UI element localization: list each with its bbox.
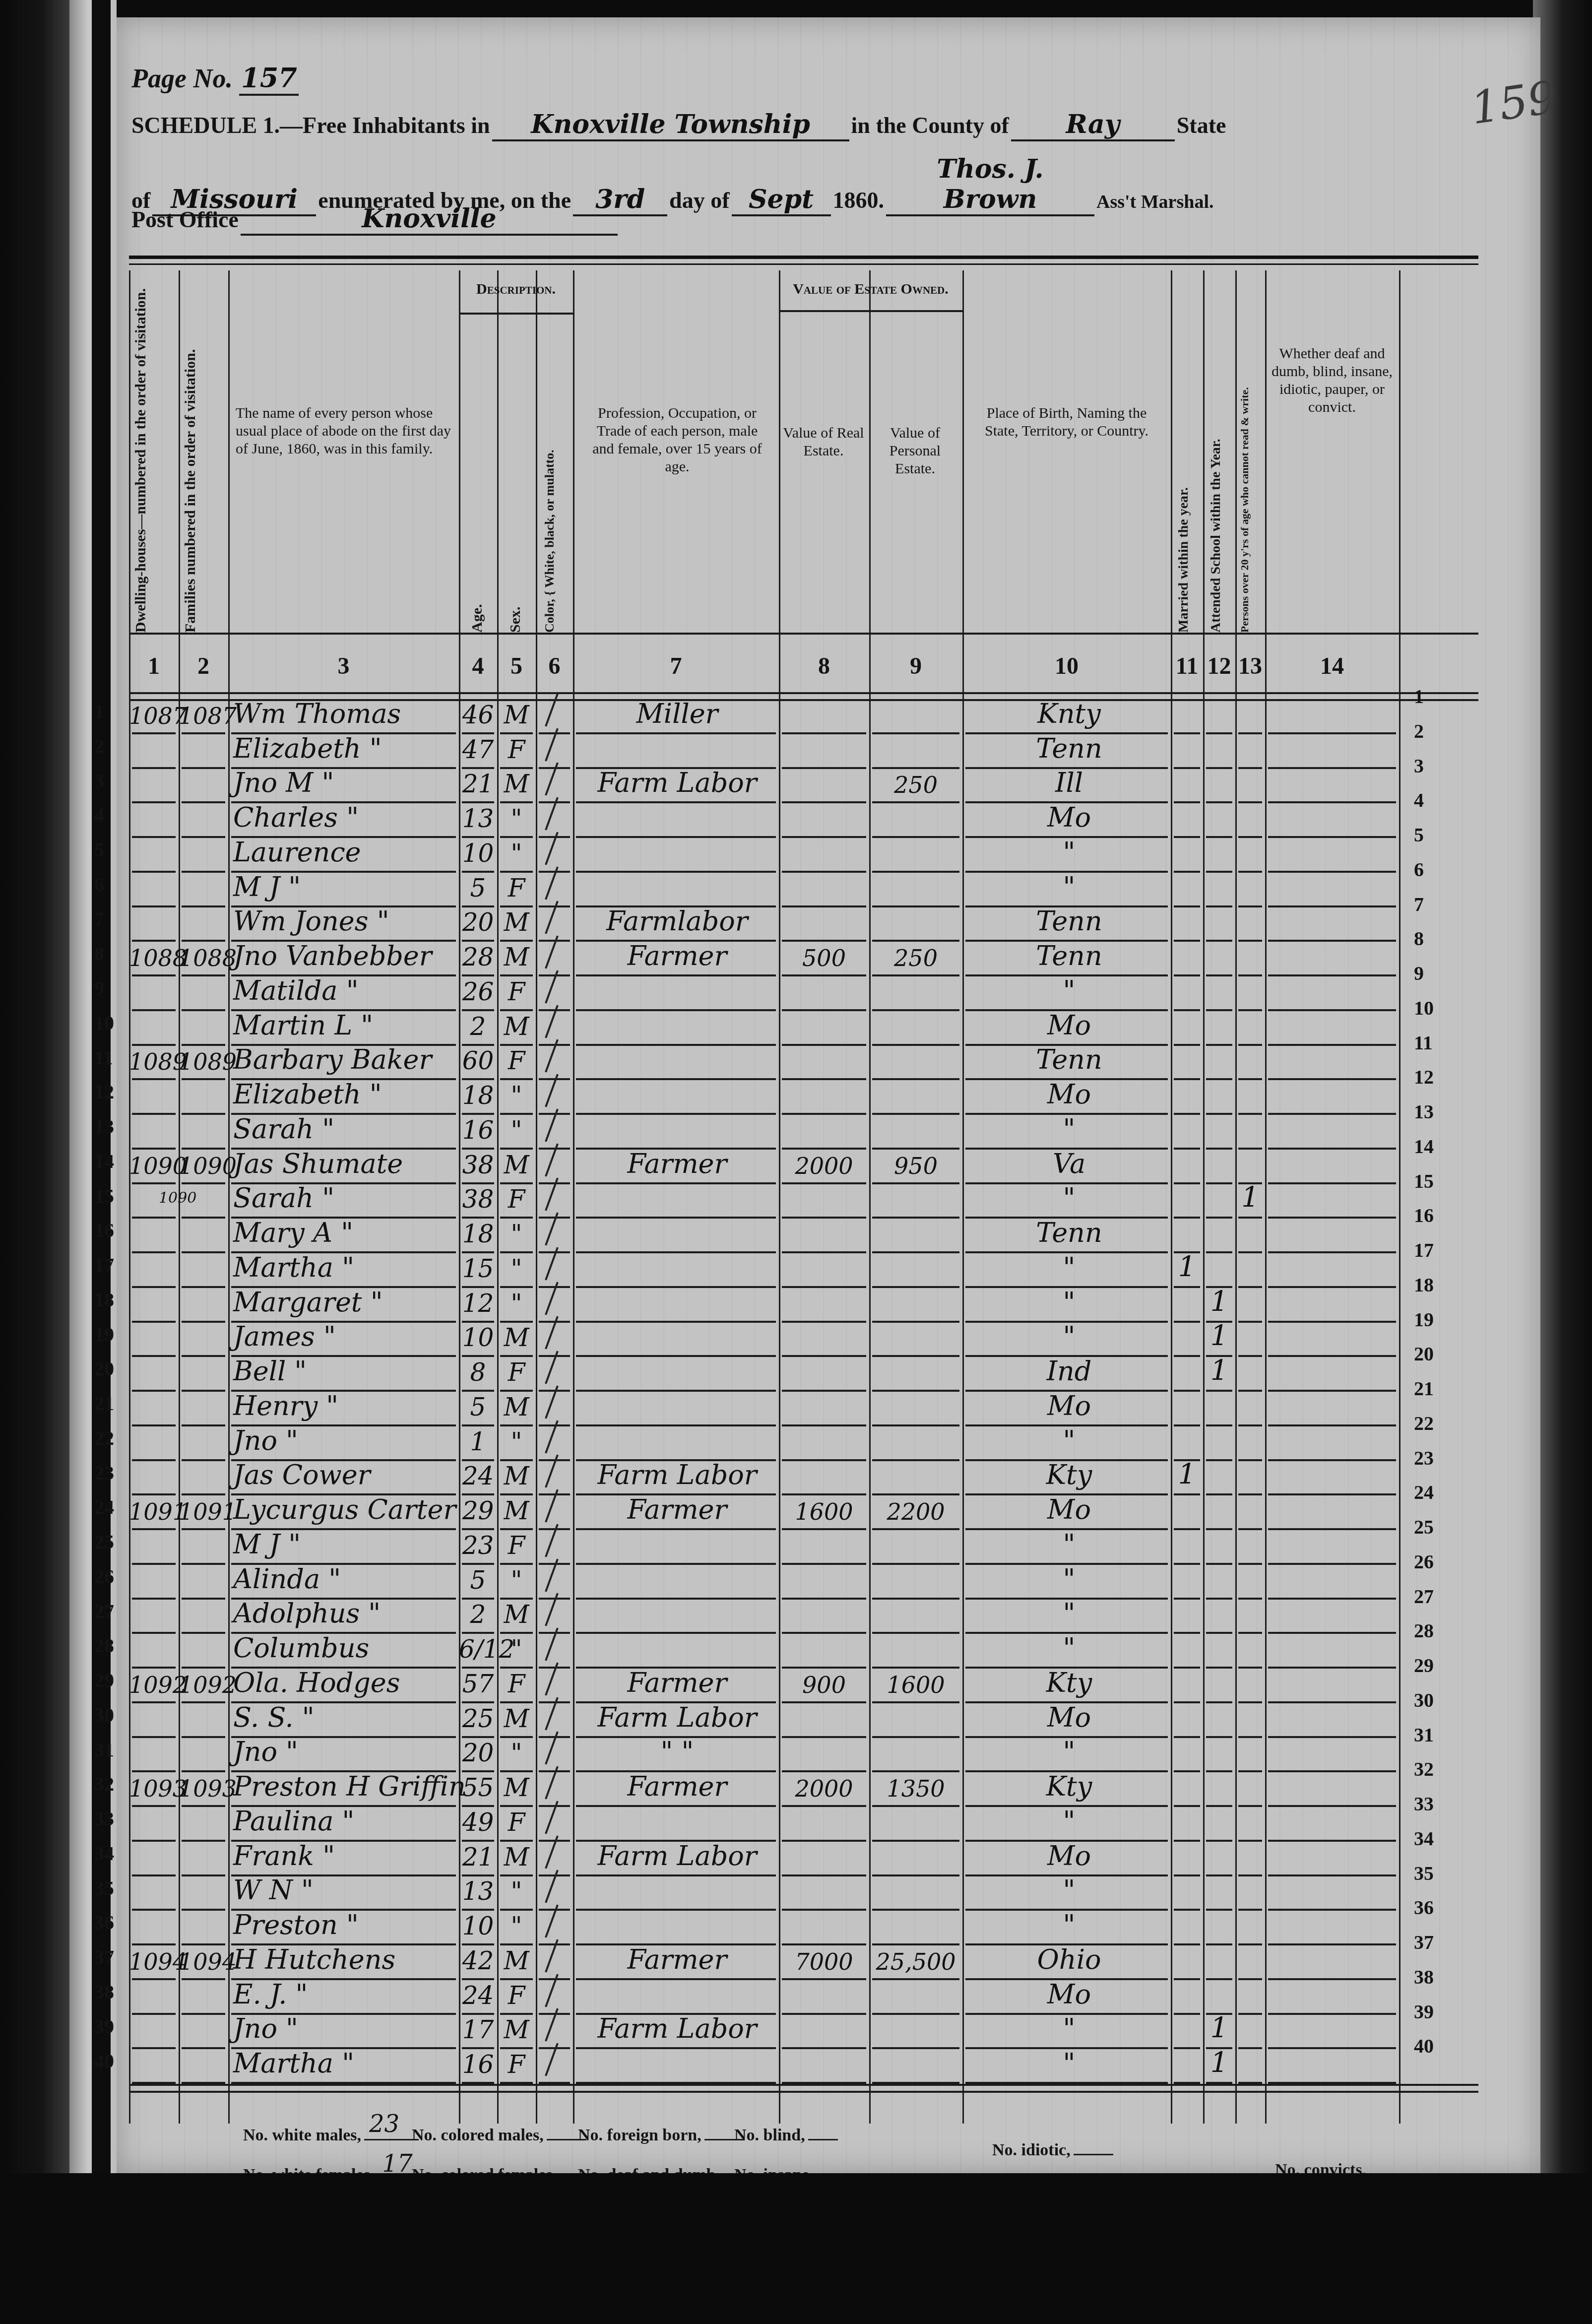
- table-row: 33Jno M "21MFarm Labor250Ill: [129, 769, 1478, 804]
- dwelling-number: 1093: [129, 1775, 179, 1802]
- line-number-right: 8: [1414, 927, 1424, 950]
- line-number-right: 40: [1414, 2034, 1434, 2058]
- col-number: 11: [1171, 652, 1203, 680]
- line-number-left: 10: [94, 1011, 114, 1034]
- person-name: Sarah ": [233, 1113, 459, 1145]
- sex: M: [497, 1393, 536, 1421]
- real-estate-value: 500: [779, 945, 869, 971]
- person-name: Paulina ": [233, 1806, 459, 1837]
- table-row: 2525M J "23F": [129, 1530, 1478, 1565]
- age: 13: [459, 804, 497, 833]
- dwelling-number: 1087: [129, 703, 179, 729]
- schedule-line: SCHEDULE 1.—Free Inhabitants in Knoxvill…: [131, 109, 1521, 141]
- line-number-left: 14: [94, 1150, 114, 1173]
- person-name: Mary A ": [233, 1217, 459, 1248]
- table-row: 77Wm Jones "20MFarmlaborTenn: [129, 907, 1478, 942]
- occupation: Farm Labor: [578, 1702, 776, 1733]
- sex: F: [497, 1358, 536, 1387]
- age: 49: [459, 1808, 497, 1837]
- sex: M: [497, 1843, 536, 1872]
- sex: F: [497, 1185, 536, 1214]
- age: 5: [459, 1393, 497, 1421]
- place-of-birth: Tenn: [967, 940, 1171, 971]
- white-males-label: No. white males,: [243, 2126, 361, 2144]
- person-name: W N ": [233, 1874, 459, 1906]
- person-name: Jno Vanbebber: [233, 940, 459, 971]
- col-14-heading: Whether deaf and dumb, blind, insane, id…: [1270, 345, 1394, 416]
- occupation: Farmer: [578, 1667, 776, 1698]
- table-row: 2222Jno "1"": [129, 1426, 1478, 1461]
- line-number-left: 26: [94, 1565, 114, 1588]
- line-number-right: 19: [1414, 1308, 1434, 1331]
- place-of-birth: Kty: [967, 1667, 1171, 1698]
- line-number-right: 18: [1414, 1273, 1434, 1296]
- col-5-heading: Sex.: [508, 533, 523, 633]
- age: 2: [459, 1600, 497, 1629]
- line-number-right: 29: [1414, 1654, 1434, 1677]
- place-of-birth: ": [967, 1632, 1171, 1664]
- sex: M: [497, 1496, 536, 1525]
- col-6-heading: Color, { White, black, or mulatto.: [542, 320, 558, 633]
- person-name: S. S. ": [233, 1702, 459, 1733]
- real-estate-value: 2000: [779, 1153, 869, 1179]
- col-number: 12: [1203, 652, 1235, 680]
- place-of-birth: Tenn: [967, 905, 1171, 937]
- line-number-right: 30: [1414, 1688, 1434, 1712]
- line-number-left: 8: [94, 942, 104, 965]
- sex: M: [497, 1323, 536, 1352]
- age: 29: [459, 1496, 497, 1525]
- col-10-heading: Place of Birth, Naming the State, Territ…: [972, 404, 1161, 440]
- person-name: Laurence: [233, 837, 459, 868]
- occupation: Farm Labor: [578, 1459, 776, 1490]
- idiotic-label: No. idiotic,: [992, 2141, 1071, 2159]
- person-name: Sarah ": [233, 1182, 459, 1214]
- age: 16: [459, 1116, 497, 1145]
- sex: F: [497, 1531, 536, 1560]
- schedule-label: SCHEDULE 1.—Free Inhabitants in: [131, 113, 490, 138]
- col-7-heading: Profession, Occupation, or Trade of each…: [585, 404, 769, 476]
- sex: M: [497, 1704, 536, 1733]
- col-12-heading: Attended School within the Year.: [1208, 285, 1224, 633]
- heading-rule: [129, 633, 1478, 635]
- line-number-right: 10: [1414, 996, 1434, 1020]
- person-name: Jno M ": [233, 767, 459, 798]
- family-number: 1087: [179, 703, 228, 729]
- sex: M: [497, 943, 536, 971]
- family-number: 1092: [179, 1672, 228, 1698]
- person-name: Ola. Hodges: [233, 1667, 459, 1698]
- col-13-heading: Persons over 20 y'rs of age who cannot r…: [1238, 285, 1251, 633]
- table-row: 141410901090Jas Shumate38MFarmer2000950V…: [129, 1150, 1478, 1184]
- line-number-left: 9: [94, 976, 104, 1000]
- table-row: 1515Sarah "38F"1: [129, 1184, 1478, 1219]
- col-number: 1: [129, 652, 179, 680]
- col-number: 8: [779, 652, 869, 680]
- place-of-birth: ": [967, 2048, 1171, 2079]
- line-number-left: 11: [94, 1046, 113, 1069]
- sex: ": [497, 1116, 536, 1145]
- line-number-left: 23: [94, 1461, 114, 1485]
- col-number: 6: [536, 652, 573, 680]
- sex: ": [497, 1635, 536, 1664]
- person-name: Wm Thomas: [233, 698, 459, 729]
- line-number-right: 24: [1414, 1481, 1434, 1504]
- col-1-heading: Dwelling-houses—numbered in the order of…: [133, 285, 178, 633]
- col-2-heading: Families numbered in the order of visita…: [183, 285, 227, 633]
- line-number-left: 17: [94, 1253, 114, 1277]
- person-name: Martha ": [233, 2048, 459, 2079]
- line-number-right: 33: [1414, 1792, 1434, 1815]
- personal-estate-value: 1600: [869, 1672, 962, 1698]
- rows-end-rule: [129, 2084, 1478, 2093]
- attended-school: 1: [1203, 2012, 1235, 2044]
- attended-school: 1: [1203, 2047, 1235, 2079]
- place-of-birth: ": [967, 837, 1171, 868]
- table-row: 292910921092Ola. Hodges57FFarmer9001600K…: [129, 1669, 1478, 1703]
- person-name: Preston ": [233, 1909, 459, 1940]
- col-number: 9: [869, 652, 962, 680]
- sex: F: [497, 1046, 536, 1075]
- table-row: 1919James "10M"1: [129, 1323, 1478, 1357]
- table-row: 323210931093Preston H Griffin55MFarmer20…: [129, 1772, 1478, 1807]
- line-number-right: 6: [1414, 858, 1424, 881]
- line-number-left: 13: [94, 1115, 114, 1138]
- table-row: 1212Elizabeth "18"Mo: [129, 1080, 1478, 1115]
- place-of-birth: Tenn: [967, 1044, 1171, 1075]
- sex: ": [497, 1912, 536, 1940]
- line-number-right: 37: [1414, 1931, 1434, 1954]
- idiotic-tally: No. idiotic,: [992, 2141, 1113, 2160]
- line-number-right: 5: [1414, 823, 1424, 846]
- age: 18: [459, 1081, 497, 1110]
- family-number: 1090: [179, 1153, 228, 1179]
- table-row: 3838E. J. "24FMo: [129, 1980, 1478, 2015]
- occupation: Farmer: [578, 940, 776, 971]
- table-row: 1818Margaret "12""1: [129, 1288, 1478, 1323]
- line-number-right: 36: [1414, 1896, 1434, 1919]
- sex: ": [497, 1427, 536, 1456]
- line-number-right: 4: [1414, 788, 1424, 812]
- line-number-left: 39: [94, 2015, 114, 2038]
- occupation: Farm Labor: [578, 1840, 776, 1872]
- place-of-birth: ": [967, 1874, 1171, 1906]
- person-name: E. J. ": [233, 1979, 459, 2010]
- sex: M: [497, 1462, 536, 1490]
- blind-label: No. blind,: [734, 2126, 805, 2144]
- age: 25: [459, 1704, 497, 1733]
- table-row: 373710941094H Hutchens42MFarmer700025,50…: [129, 1945, 1478, 1980]
- col-4-heading: Age.: [469, 533, 485, 633]
- personal-estate-value: 250: [869, 945, 962, 971]
- line-number-left: 18: [94, 1288, 114, 1311]
- line-number-left: 36: [94, 1911, 114, 1934]
- occupation: Farm Labor: [578, 767, 776, 798]
- attended-school: 1: [1203, 1286, 1235, 1318]
- township-field: Knoxville Township: [492, 109, 849, 141]
- age: 24: [459, 1981, 497, 2010]
- age: 57: [459, 1670, 497, 1698]
- person-name: M J ": [233, 871, 459, 903]
- age: 8: [459, 1358, 497, 1387]
- occupation: Farmer: [578, 1148, 776, 1179]
- real-estate-value: 7000: [779, 1948, 869, 1975]
- age: 60: [459, 1046, 497, 1075]
- age: 1: [459, 1427, 497, 1456]
- table-row: 1717Martha "15""1: [129, 1253, 1478, 1288]
- table-row: 242410911091Lycurgus Carter29MFarmer1600…: [129, 1495, 1478, 1530]
- sex: F: [497, 1808, 536, 1837]
- table-row: 1616Mary A "18"Tenn: [129, 1219, 1478, 1253]
- line-number-left: 32: [94, 1772, 114, 1796]
- person-name: Wm Jones ": [233, 905, 459, 937]
- sex: ": [497, 1566, 536, 1595]
- line-number-left: 2: [94, 734, 104, 758]
- occupation: Farmlabor: [578, 905, 776, 937]
- person-name: Martin L ": [233, 1010, 459, 1041]
- sex: F: [497, 2050, 536, 2079]
- table-row: 3030S. S. "25MFarm LaborMo: [129, 1703, 1478, 1738]
- age: 28: [459, 943, 497, 971]
- place-of-birth: Kty: [967, 1771, 1171, 1802]
- post-office-field: Knoxville: [241, 203, 618, 236]
- family-number: 1089: [179, 1048, 228, 1075]
- col-number: 13: [1235, 652, 1265, 680]
- personal-estate-value: 25,500: [869, 1948, 962, 1975]
- line-number-left: 27: [94, 1600, 114, 1623]
- age: 2: [459, 1012, 497, 1041]
- line-number-left: 20: [94, 1357, 114, 1380]
- age: 21: [459, 770, 497, 798]
- line-number-right: 1: [1414, 685, 1424, 708]
- sex: M: [497, 1012, 536, 1041]
- occupation: Farmer: [578, 1944, 776, 1975]
- sex: ": [497, 1877, 536, 1906]
- line-number-left: 19: [94, 1323, 114, 1346]
- table-row: 2121Henry "5MMo: [129, 1392, 1478, 1426]
- place-of-birth: Ohio: [967, 1944, 1171, 1975]
- col-3-heading: The name of every person whose usual pla…: [236, 404, 454, 458]
- personal-estate-value: 2200: [869, 1498, 962, 1525]
- top-rule: [129, 256, 1478, 265]
- personal-estate-value: 950: [869, 1153, 962, 1179]
- post-office-line: Post Office Knoxville: [131, 203, 1521, 236]
- sex: ": [497, 804, 536, 833]
- occupation: Farmer: [578, 1494, 776, 1525]
- place-of-birth: Tenn: [967, 1217, 1171, 1248]
- line-number-left: 21: [94, 1392, 114, 1415]
- sex: F: [497, 1670, 536, 1698]
- table-row: 2727Adolphus "2M": [129, 1600, 1478, 1634]
- age: 23: [459, 1531, 497, 1560]
- place-of-birth: ": [967, 871, 1171, 903]
- table-row: 4040Martha "16F"1: [129, 2049, 1478, 2084]
- table-row: 22Elizabeth "47FTenn: [129, 734, 1478, 769]
- line-number-right: 32: [1414, 1757, 1434, 1781]
- line-number-left: 38: [94, 1980, 114, 2003]
- col-9-heading: Value of Personal Estate.: [872, 424, 958, 478]
- col-number: 2: [179, 652, 228, 680]
- place-of-birth: ": [967, 1909, 1171, 1940]
- table-row: 8810881088Jno Vanbebber28MFarmer500250Te…: [129, 942, 1478, 976]
- col-number: 14: [1265, 652, 1399, 680]
- person-name: Elizabeth ": [233, 733, 459, 764]
- line-number-right: 34: [1414, 1827, 1434, 1850]
- place-of-birth: ": [967, 1563, 1171, 1595]
- place-of-birth: ": [967, 1287, 1171, 1318]
- table-row: 3434Frank "21MFarm LaborMo: [129, 1842, 1478, 1876]
- line-number-left: 6: [94, 873, 104, 896]
- estate-heading: Value of Estate Owned.: [779, 280, 962, 298]
- sex: M: [497, 1946, 536, 1975]
- place-of-birth: ": [967, 1529, 1171, 1560]
- line-number-left: 7: [94, 907, 104, 931]
- person-name: Margaret ": [233, 1287, 459, 1318]
- table-row: 1010Martin L "2MMo: [129, 1011, 1478, 1046]
- table-row: 2828Columbus6/12"": [129, 1634, 1478, 1669]
- sex: M: [497, 1773, 536, 1802]
- person-name: Matilda ": [233, 975, 459, 1006]
- place-of-birth: Knty: [967, 698, 1171, 729]
- sex: M: [497, 770, 536, 798]
- col-number: 4: [459, 652, 497, 680]
- line-number-right: 15: [1414, 1169, 1434, 1193]
- table-row: 111110891089Barbary Baker60FTenn: [129, 1046, 1478, 1081]
- line-number-left: 22: [94, 1426, 114, 1450]
- real-estate-value: 1600: [779, 1498, 869, 1525]
- age: 12: [459, 1289, 497, 1318]
- col-number: 7: [573, 652, 779, 680]
- attended-school: 1: [1203, 1320, 1235, 1352]
- person-name: Alinda ": [233, 1563, 459, 1595]
- place-of-birth: Tenn: [967, 733, 1171, 764]
- col-number: 5: [497, 652, 536, 680]
- line-number-right: 3: [1414, 754, 1424, 777]
- place-of-birth: ": [967, 975, 1171, 1006]
- table-row: 2626Alinda "5"": [129, 1565, 1478, 1600]
- person-name: Charles ": [233, 802, 459, 833]
- place-of-birth: Ind: [967, 1356, 1171, 1387]
- sex: F: [497, 874, 536, 903]
- sex: M: [497, 2015, 536, 2044]
- line-number-left: 40: [94, 2049, 114, 2072]
- place-of-birth: ": [967, 2013, 1171, 2044]
- foreign-born-tally: No. foreign born,: [578, 2126, 744, 2145]
- line-number-right: 13: [1414, 1100, 1434, 1123]
- age: 10: [459, 1912, 497, 1940]
- film-edge-right: [1533, 0, 1592, 2324]
- line-number-right: 27: [1414, 1585, 1434, 1608]
- age: 15: [459, 1254, 497, 1283]
- description-rule: [459, 313, 573, 315]
- age: 10: [459, 1323, 497, 1352]
- sex: ": [497, 1254, 536, 1283]
- dwelling-number: 1092: [129, 1672, 179, 1698]
- age: 20: [459, 1739, 497, 1767]
- place-of-birth: ": [967, 1806, 1171, 1837]
- table-row: 3636Preston "10"": [129, 1911, 1478, 1945]
- county-field: Ray: [1011, 109, 1175, 141]
- table-row: 1313Sarah "16"": [129, 1115, 1478, 1150]
- line-number-right: 31: [1414, 1723, 1434, 1746]
- line-number-left: 29: [94, 1669, 114, 1692]
- place-of-birth: Mo: [967, 802, 1171, 833]
- table-row: 1110871087Wm Thomas46MMillerKnty: [129, 700, 1478, 734]
- person-name: James ": [233, 1321, 459, 1352]
- line-number-right: 25: [1414, 1515, 1434, 1539]
- line-number-left: 30: [94, 1703, 114, 1727]
- place-of-birth: ": [967, 1425, 1171, 1456]
- line-number-right: 2: [1414, 719, 1424, 743]
- dwelling-number: 1090: [129, 1153, 179, 1179]
- age: 24: [459, 1462, 497, 1490]
- page-no-label: Page No.: [131, 64, 233, 93]
- line-number-left: 3: [94, 769, 104, 792]
- sex: ": [497, 1739, 536, 1767]
- person-name: H Hutchens: [233, 1944, 459, 1975]
- col-number: 10: [962, 652, 1171, 680]
- age: 10: [459, 839, 497, 868]
- person-name: Jas Shumate: [233, 1148, 459, 1179]
- line-number-right: 39: [1414, 2000, 1434, 2023]
- line-number-left: 25: [94, 1530, 114, 1553]
- person-name: M J ": [233, 1529, 459, 1560]
- state-label: State: [1177, 113, 1226, 138]
- place-of-birth: Mo: [967, 1979, 1171, 2010]
- table-row: 2020Bell "8FInd1: [129, 1357, 1478, 1392]
- line-number-right: 16: [1414, 1204, 1434, 1227]
- line-number-left: 16: [94, 1219, 114, 1242]
- line-number-left: 24: [94, 1495, 114, 1519]
- sex: M: [497, 1600, 536, 1629]
- age: 5: [459, 874, 497, 903]
- person-name: Elizabeth ": [233, 1079, 459, 1110]
- line-number-left: 31: [94, 1738, 114, 1761]
- table-row: 3535W N "13"": [129, 1876, 1478, 1911]
- age: 26: [459, 977, 497, 1006]
- age: 21: [459, 1843, 497, 1872]
- age: 46: [459, 701, 497, 729]
- person-name: Frank ": [233, 1840, 459, 1872]
- real-estate-value: 2000: [779, 1775, 869, 1802]
- sex: M: [497, 701, 536, 729]
- line-number-right: 11: [1414, 1031, 1433, 1054]
- description-heading: Description.: [459, 280, 573, 298]
- person-name: Lycurgus Carter: [233, 1494, 459, 1525]
- age: 18: [459, 1220, 497, 1248]
- person-name: Barbary Baker: [233, 1044, 459, 1075]
- dwelling-number: 1091: [129, 1498, 179, 1525]
- place-of-birth: ": [967, 1321, 1171, 1352]
- place-of-birth: ": [967, 1252, 1171, 1283]
- col-number: 3: [228, 652, 459, 680]
- dwelling-number: 1094: [129, 1948, 179, 1975]
- person-name: Columbus: [233, 1632, 459, 1664]
- person-name: Martha ": [233, 1252, 459, 1283]
- sex: ": [497, 1081, 536, 1110]
- place-of-birth: Mo: [967, 1390, 1171, 1421]
- sex: F: [497, 977, 536, 1006]
- person-name: Bell ": [233, 1356, 459, 1387]
- line-number-right: 14: [1414, 1135, 1434, 1158]
- occupation: " ": [578, 1736, 776, 1767]
- age: 6/12: [459, 1635, 497, 1664]
- place-of-birth: Mo: [967, 1494, 1171, 1525]
- dwelling-number: 1088: [129, 945, 179, 971]
- table-row: 44Charles "13"Mo: [129, 803, 1478, 838]
- person-name: Jno ": [233, 1736, 459, 1767]
- age: 17: [459, 2015, 497, 2044]
